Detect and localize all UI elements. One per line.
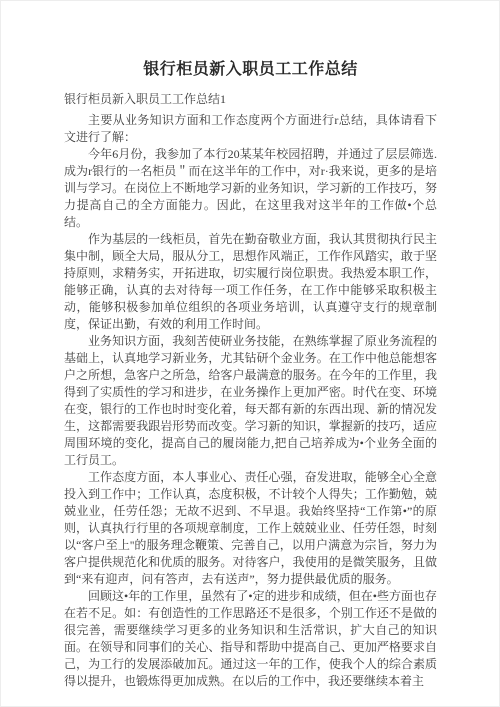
document-title: 银行柜员新入职员工工作总结 [64, 59, 437, 81]
paragraph: 回顾这•年的工作里，虽然有了•定的进步和成绩，但在•些方面也存在若不足。如：有创… [64, 588, 437, 690]
section-heading: 银行柜员新入职员工工作总结1 [64, 91, 437, 108]
paragraph: 主要从业务知识方面和工作态度两个方面进行r总结，具体请看下文进行了解： [64, 112, 437, 146]
paragraph: 作为基层的一线柜员，首先在勤奋敬业方面，我认其贯彻执行民主集中制，顾全大局，服从… [64, 231, 437, 333]
paragraph: 业务知识方面，我刻苦使研业务技能，在熟练掌握了原业务流程的基础上，认真地学习新业… [64, 333, 437, 469]
paragraph: 今年6月份，我参加了本行20某某年校园招聘，并通过了层层筛选.成为r银行的一名柜… [64, 146, 437, 231]
paragraph: 工作态度方面，本人事业心、责任心强，奋发进取，能够全心全意投入到工作中；工作认真… [64, 469, 437, 588]
document-page: 银行柜员新入职员工工作总结 银行柜员新入职员工工作总结1 主要从业务知识方面和工… [0, 0, 500, 707]
